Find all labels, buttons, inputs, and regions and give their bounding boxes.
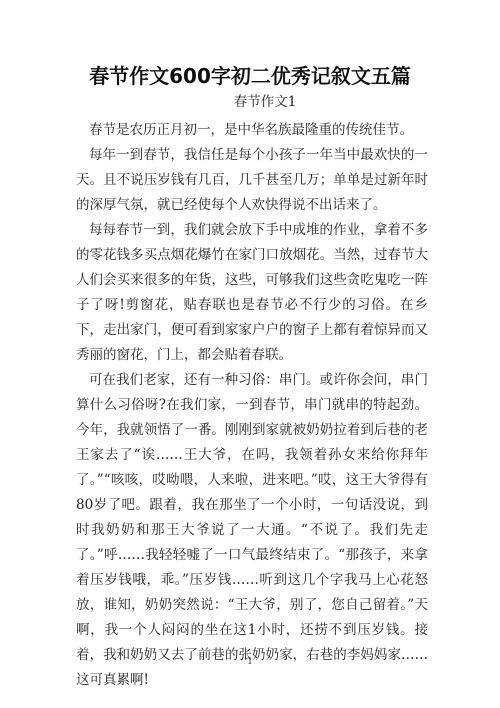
section-subtitle: 春节作文1 [0,90,500,110]
paragraph: 可在我们老家，还有一种习俗：串门。或许你会问，串门算什么习俗呀?在我们家，一到春… [76,368,428,693]
paragraph: 每年一到春节，我信任是每个小孩子一年当中最欢快的一天。且不说压岁钱有几百，几千甚… [76,143,428,218]
paragraph: 春节是农历正月初一，是中华名族最隆重的传统佳节。 [76,118,428,143]
paragraph: 每每春节一到，我们就会放下手中成堆的作业，拿着不多的零花钱多买点烟花爆竹在家门口… [76,218,428,368]
page-number: 1 [0,657,500,667]
document-title: 春节作文600字初二优秀记叙文五篇 [0,60,500,89]
document-body: 春节是农历正月初一，是中华名族最隆重的传统佳节。 每年一到春节，我信任是每个小孩… [76,118,428,693]
